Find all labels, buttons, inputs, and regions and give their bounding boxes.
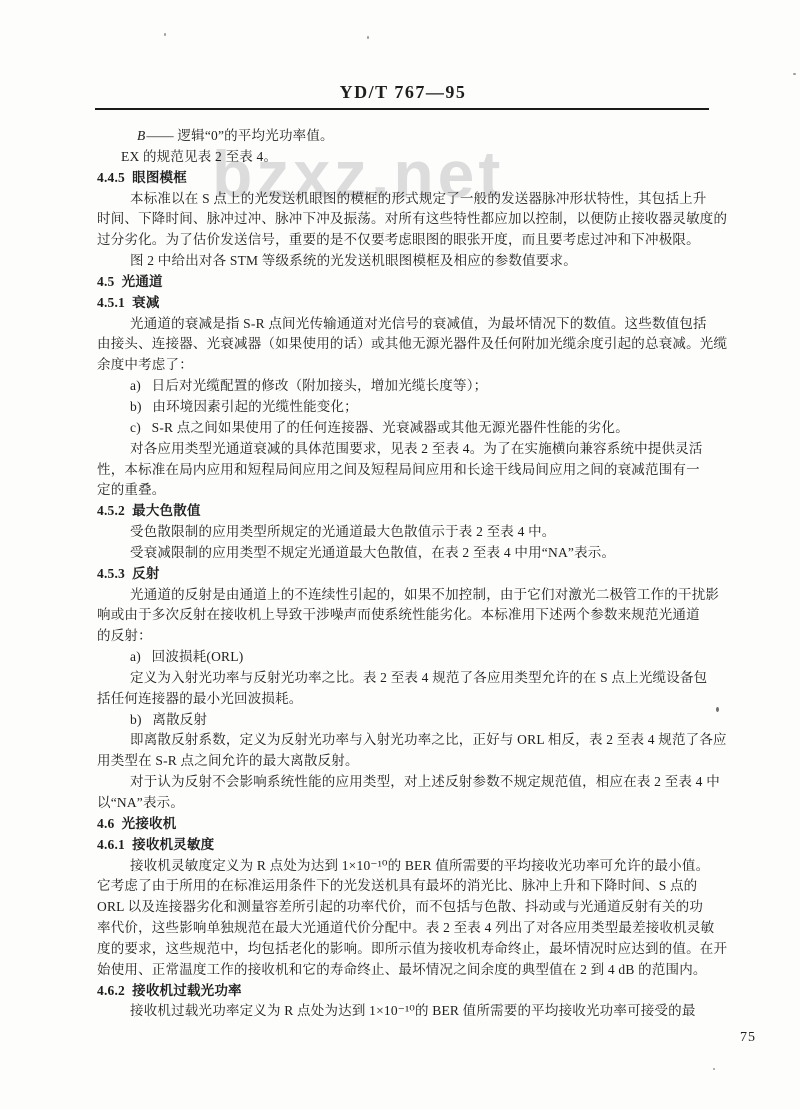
text-line: 受色散限制的应用类型所规定的光通道最大色散值示于表 2 至表 4 中。 — [97, 522, 713, 543]
text-line: 即离散反射系数，定义为反射光功率与入射光功率之比，正好与 ORL 相反，表 2 … — [97, 730, 713, 751]
text-line: 4.6.2 接收机过载光功率 — [97, 981, 713, 1002]
text-line: 用类型在 S-R 点之间允许的最大离散反射。 — [97, 751, 713, 772]
scan-speck — [367, 36, 369, 39]
text-line: 接收机过载光功率定义为 R 点处为达到 1×10⁻¹⁰的 BER 值所需要的平均… — [97, 1001, 713, 1022]
text-line: 光通道的反射是由通道上的不连续性引起的，如果不加控制，由于它们对激光二极管工作的… — [97, 585, 713, 606]
scan-speck — [716, 707, 719, 712]
text-line: 的反射： — [97, 626, 713, 647]
text-line: 括任何连接器的最小光回波损耗。 — [97, 689, 713, 710]
text-line: 受衰减限制的应用类型不规定光通道最大色散值，在表 2 至表 4 中用“NA”表示… — [97, 543, 713, 564]
text-line: b) 离散反射 — [97, 710, 713, 731]
text-line: 由接头、连接器、光衰减器（如果使用的话）或其他无源光器件及任何附加光缆余度引起的… — [97, 334, 713, 355]
scan-speck — [164, 33, 166, 36]
text-line: 响或由于多次反射在接收机上导致干涉噪声而使系统性能劣化。本标准用下述两个参数来规… — [97, 605, 713, 626]
text-line: 接收机灵敏度定义为 R 点处为达到 1×10⁻¹⁰的 BER 值所需要的平均接收… — [97, 856, 713, 877]
variable-symbol: B — [137, 128, 146, 143]
text-line: 光通道的衰减是指 S-R 点间光传输通道对光信号的衰减值，为最坏情况下的数值。这… — [97, 314, 713, 335]
text-line: B—— 逻辑“0”的平均光功率值。 — [97, 126, 713, 147]
text-line: b) 由环境因素引起的光缆性能变化； — [97, 397, 713, 418]
text-line: a) 回波损耗(ORL) — [97, 647, 713, 668]
text-line: 4.6 光接收机 — [97, 814, 713, 835]
document-body: B—— 逻辑“0”的平均光功率值。EX 的规范见表 2 至表 4。4.4.5 眼… — [97, 126, 713, 1022]
text-line: ORL 以及连接器劣化和测量容差所引起的功率代价，而不包括与色散、抖动或与光通道… — [97, 897, 713, 918]
text-line: 4.5.1 衰减 — [97, 293, 713, 314]
text-line: 本标准以在 S 点上的光发送机眼图的模框的形式规定了一般的发送器脉冲形状特性，其… — [97, 189, 713, 210]
text-line: 余度中考虑了： — [97, 355, 713, 376]
scan-speck — [793, 73, 796, 75]
text-line: 度的要求，这些规范中，均包括老化的影响。即所示值为接收机寿命终止，最坏情况时应达… — [97, 939, 713, 960]
text-line: EX 的规范见表 2 至表 4。 — [97, 147, 713, 168]
text-line: a) 日后对光缆配置的修改（附加接头，增加光缆长度等）； — [97, 376, 713, 397]
text-line: 4.5 光通道 — [97, 272, 713, 293]
text-line: 4.5.2 最大色散值 — [97, 501, 713, 522]
text-line: 过分劣化。为了估价发送信号，重要的是不仅要考虑眼图的眼张开度，而且要考虑过冲和下… — [97, 230, 713, 251]
text-line: 率代价，这些影响单独规范在最大光通道代价分配中。表 2 至表 4 列出了对各应用… — [97, 918, 713, 939]
page-number: 75 — [740, 1030, 756, 1046]
text-line: 时间、下降时间、脉冲过冲、脉冲下冲及振荡。对所有这些特性都应加以控制，以便防止接… — [97, 209, 713, 230]
text-line: 以“NA”表示。 — [97, 793, 713, 814]
scanned-document-page: YD/T 767—95 bzxz.net B—— 逻辑“0”的平均光功率值。EX… — [0, 0, 800, 1110]
text-line: c) S-R 点之间如果使用了的任何连接器、光衰减器或其他无源光器件性能的劣化。 — [97, 418, 713, 439]
text-line: 对各应用类型光通道衰减的具体范围要求，见表 2 至表 4。为了在实施横向兼容系统… — [97, 439, 713, 460]
text-line: 4.5.3 反射 — [97, 564, 713, 585]
text-line: 对于认为反射不会影响系统性能的应用类型，对上述反射参数不规定规范值，相应在表 2… — [97, 772, 713, 793]
text-line: 定义为入射光功率与反射光功率之比。表 2 至表 4 规范了各应用类型允许的在 S… — [97, 668, 713, 689]
text-line: 图 2 中给出对各 STM 等级系统的光发送机眼图模框及相应的参数值要求。 — [97, 251, 713, 272]
text-line: 性，本标准在局内应用和短程局间应用之间及短程局间应用和长途干线局间应用之间的衰减… — [97, 460, 713, 481]
header-rule — [95, 108, 709, 110]
document-header-title: YD/T 767—95 — [97, 82, 709, 103]
text-line: 定的重叠。 — [97, 480, 713, 501]
text-line: 4.6.1 接收机灵敏度 — [97, 835, 713, 856]
text-line: 始使用、正常温度工作的接收机和它的寿命终止、最坏情况之间余度的典型值在 2 到 … — [97, 960, 713, 981]
scan-speck — [713, 1068, 715, 1070]
text-line: 4.4.5 眼图模框 — [97, 168, 713, 189]
text-line: 它考虑了由于所用的在标准运用条件下的光发送机具有最坏的消光比、脉冲上升和下降时间… — [97, 876, 713, 897]
